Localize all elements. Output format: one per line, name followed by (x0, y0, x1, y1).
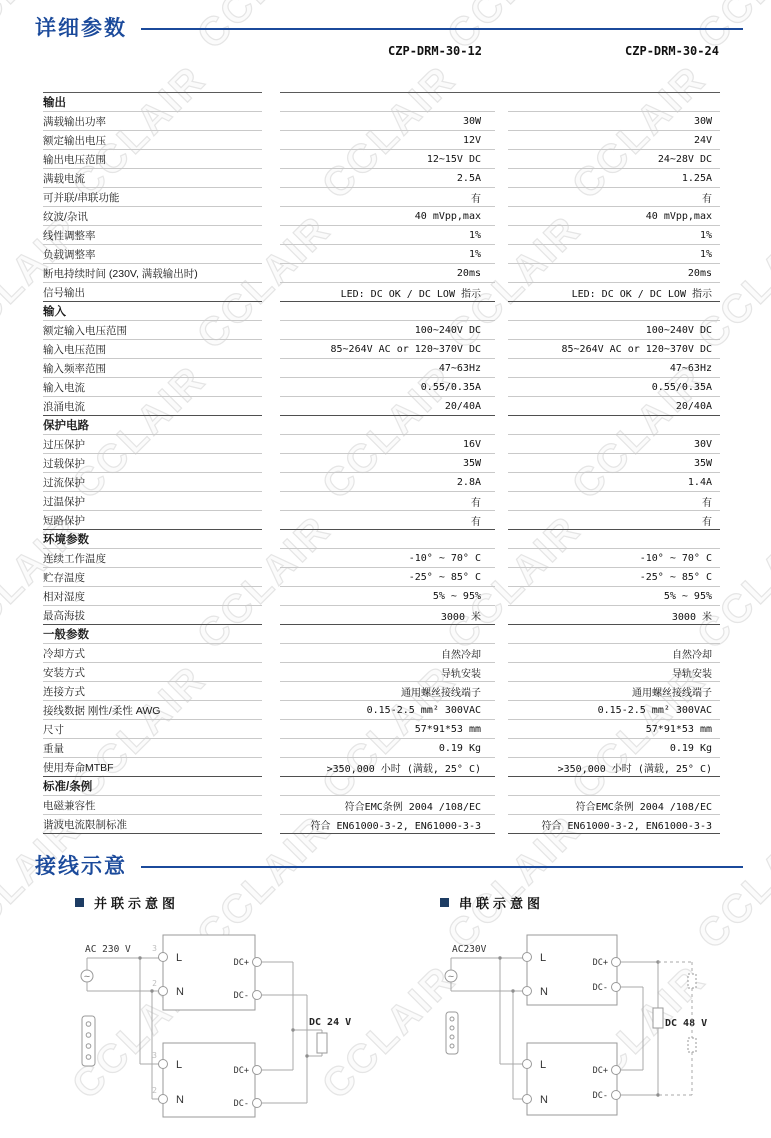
section-header-row: 输出 (43, 93, 720, 112)
spec-value-2: 100~240V DC (508, 321, 720, 340)
spec-value-2: 符合EMC条例 2004 /108/EC (508, 796, 720, 815)
spec-value-2: 20/40A (508, 397, 720, 416)
heading-rule (141, 28, 743, 30)
spec-row: 安装方式导轨安装导轨安装 (43, 663, 720, 682)
spec-value-2: 40 mVpp,max (508, 207, 720, 226)
spec-label: 输入 (43, 302, 262, 321)
section-heading-wiring: 接线示意 (35, 850, 743, 880)
dc-plus-label: DC+ (593, 1066, 608, 1076)
spec-value-1 (280, 530, 495, 549)
spec-value-1: 1% (280, 226, 495, 245)
spec-label: 短路保护 (43, 511, 262, 530)
spec-value-2: 1% (508, 226, 720, 245)
spec-label: 断电持续时间 (230V, 满载输出时) (43, 264, 262, 283)
spec-label: 过压保护 (43, 435, 262, 454)
spec-label: 安装方式 (43, 663, 262, 682)
spec-value-1: 3000 米 (280, 606, 495, 625)
spec-row: 短路保护有有 (43, 511, 720, 530)
spec-row: 连接方式通用螺丝接线端子通用螺丝接线端子 (43, 682, 720, 701)
terminal-number: 2 (152, 979, 157, 988)
terminal-circle (253, 1099, 262, 1108)
model-column-header-1: CZP-DRM-30-12 (370, 44, 500, 58)
spec-value-1: 12V (280, 131, 495, 150)
spec-value-1: 35W (280, 454, 495, 473)
spec-row: 纹波/杂讯40 mVpp,max40 mVpp,max (43, 207, 720, 226)
junction-dot (511, 989, 514, 992)
spec-value-1: 0.15-2.5 mm² 300VAC (280, 701, 495, 720)
spec-value-1: 47~63Hz (280, 359, 495, 378)
spec-row: 输入电流0.55/0.35A0.55/0.35A (43, 378, 720, 397)
spec-value-1: 30W (280, 112, 495, 131)
spec-value-2 (508, 625, 720, 644)
spec-value-1: 20/40A (280, 397, 495, 416)
spec-value-1: >350,000 小时 (满载, 25° C) (280, 758, 495, 777)
spec-row: 重量0.19 Kg0.19 Kg (43, 739, 720, 758)
section-header-row: 标准/条例 (43, 777, 720, 796)
spec-value-2: 符合 EN61000-3-2, EN61000-3-3 (508, 815, 720, 834)
spec-label: 信号输出 (43, 283, 262, 302)
spec-value-2 (508, 777, 720, 796)
spec-label: 电磁兼容性 (43, 796, 262, 815)
spec-value-1: 12~15V DC (280, 150, 495, 169)
terminal-block-pin (86, 1022, 91, 1027)
ac-symbol: ~ (448, 972, 454, 983)
spec-value-2: 1% (508, 245, 720, 264)
spec-label: 输入电流 (43, 378, 262, 397)
terminal-circle (253, 958, 262, 967)
spec-label: 尺寸 (43, 720, 262, 739)
spec-value-2: 0.55/0.35A (508, 378, 720, 397)
input-wires (451, 958, 527, 1099)
terminal-number: 2 (152, 1086, 157, 1095)
spec-value-1 (280, 416, 495, 435)
terminal-block-pin (450, 1044, 454, 1048)
spec-label: 满载电流 (43, 169, 262, 188)
terminal-circle (612, 1066, 621, 1075)
spec-label: 接线数据 刚性/柔性 AWG (43, 701, 262, 720)
spec-value-2: 24~28V DC (508, 150, 720, 169)
spec-row: 谐波电流限制标准符合 EN61000-3-2, EN61000-3-3符合 EN… (43, 815, 720, 834)
terminal-circle (612, 1091, 621, 1100)
junction-dot (305, 1054, 308, 1057)
spec-value-2 (508, 416, 720, 435)
dc-minus-label: DC- (593, 983, 608, 993)
spec-value-1: LED: DC OK / DC LOW 指示 (280, 283, 495, 302)
spec-value-2 (508, 530, 720, 549)
spec-value-2: 30V (508, 435, 720, 454)
spec-row: 满载电流2.5A1.25A (43, 169, 720, 188)
spec-value-1: 20ms (280, 264, 495, 283)
spec-label: 额定输入电压范围 (43, 321, 262, 340)
spec-label: 相对湿度 (43, 587, 262, 606)
spec-value-2: LED: DC OK / DC LOW 指示 (508, 283, 720, 302)
spec-row: 负载调整率1%1% (43, 245, 720, 264)
section-header-row: 输入 (43, 302, 720, 321)
spec-row: 输入电压范围85~264V AC or 120~370V DC85~264V A… (43, 340, 720, 359)
ac-symbol: ~ (84, 972, 90, 983)
spec-value-1: 0.55/0.35A (280, 378, 495, 397)
dc-plus-label: DC+ (234, 1066, 249, 1076)
spec-value-2: -25° ~ 85° C (508, 568, 720, 587)
spec-row: 信号输出LED: DC OK / DC LOW 指示LED: DC OK / D… (43, 283, 720, 302)
terminal-circle (253, 1066, 262, 1075)
output-wires (621, 962, 659, 1095)
spec-value-1: 16V (280, 435, 495, 454)
spec-row: 过流保护2.8A1.4A (43, 473, 720, 492)
dc-minus-label: DC- (593, 1091, 608, 1101)
spec-value-2: 47~63Hz (508, 359, 720, 378)
spec-row: 贮存温度-25° ~ 85° C-25° ~ 85° C (43, 568, 720, 587)
spec-label: 标准/条例 (43, 777, 262, 796)
wiring-title: 接线示意 (35, 850, 127, 880)
load-resistor-icon (653, 1008, 663, 1028)
spec-label: 环境参数 (43, 530, 262, 549)
parallel-diagram-title: 并联示意图 (75, 893, 179, 912)
spec-row: 过载保护35W35W (43, 454, 720, 473)
terminal-circle (523, 1095, 532, 1104)
spec-row: 最高海拔3000 米3000 米 (43, 606, 720, 625)
spec-label: 负载调整率 (43, 245, 262, 264)
l-terminal-label: L (540, 952, 546, 964)
spec-value-2: 0.19 Kg (508, 739, 720, 758)
spec-value-1: 通用螺丝接线端子 (280, 682, 495, 701)
terminal-circle (612, 983, 621, 992)
spec-label: 输入频率范围 (43, 359, 262, 378)
spec-row: 过压保护16V30V (43, 435, 720, 454)
section-header-row: 保护电路 (43, 416, 720, 435)
ac-source-label: AC230V (452, 944, 487, 955)
terminal-block-pin (86, 1055, 91, 1060)
spec-value-1: 5% ~ 95% (280, 587, 495, 606)
series-title-text: 串联示意图 (459, 893, 544, 912)
spec-value-1 (280, 93, 495, 112)
spec-row: 额定输出电压12V24V (43, 131, 720, 150)
spec-value-2 (508, 302, 720, 321)
spec-value-1: 自然冷却 (280, 644, 495, 663)
dc-minus-label: DC- (234, 991, 249, 1001)
spec-value-2: 有 (508, 492, 720, 511)
spec-value-1: 2.5A (280, 169, 495, 188)
n-terminal-label: N (176, 986, 184, 998)
spec-row: 满载输出功率30W30W (43, 112, 720, 131)
dashed-resistor-icon (688, 974, 696, 988)
spec-value-1: 符合 EN61000-3-2, EN61000-3-3 (280, 815, 495, 834)
spec-row: 使用寿命MTBF>350,000 小时 (满载, 25° C)>350,000 … (43, 758, 720, 777)
spec-value-2: 导轨安装 (508, 663, 720, 682)
spec-label: 浪涌电流 (43, 397, 262, 416)
spec-label: 保护电路 (43, 416, 262, 435)
spec-row: 电磁兼容性符合EMC条例 2004 /108/EC符合EMC条例 2004 /1… (43, 796, 720, 815)
spec-value-1: 100~240V DC (280, 321, 495, 340)
spec-row: 额定输入电压范围100~240V DC100~240V DC (43, 321, 720, 340)
spec-value-1: 57*91*53 mm (280, 720, 495, 739)
terminal-block-pin (86, 1033, 91, 1038)
spec-label: 可并联/串联功能 (43, 188, 262, 207)
n-terminal-label: N (540, 986, 548, 998)
parallel-title-text: 并联示意图 (94, 893, 179, 912)
spec-label: 线性调整率 (43, 226, 262, 245)
l-terminal-label: L (176, 1059, 182, 1071)
spec-row: 连续工作温度-10° ~ 70° C-10° ~ 70° C (43, 549, 720, 568)
spec-label: 冷却方式 (43, 644, 262, 663)
series-diagram-title: 串联示意图 (440, 893, 544, 912)
spec-row: 可并联/串联功能有有 (43, 188, 720, 207)
junction-dot (291, 1028, 294, 1031)
spec-label: 谐波电流限制标准 (43, 815, 262, 834)
section-header-row: 环境参数 (43, 530, 720, 549)
section-header-row: 一般参数 (43, 625, 720, 644)
dc-output-label: DC 24 V (309, 1017, 351, 1028)
terminal-circle (253, 991, 262, 1000)
terminal-circle (523, 987, 532, 996)
spec-value-2: 24V (508, 131, 720, 150)
terminal-circle (523, 1060, 532, 1069)
datasheet-page: CCLAIRCCLAIRCCLAIRCCLAIRCCLAIRCCLAIRCCLA… (0, 0, 771, 1138)
terminal-block-pin (86, 1044, 91, 1049)
output-wires (262, 962, 323, 1103)
spec-label: 过温保护 (43, 492, 262, 511)
dc-plus-label: DC+ (234, 958, 249, 968)
terminal-circle (612, 958, 621, 967)
spec-value-1: 有 (280, 188, 495, 207)
terminal-block-pin (450, 1026, 454, 1030)
terminal-number: 3 (152, 1051, 157, 1060)
spec-value-1: 有 (280, 511, 495, 530)
spec-label: 纹波/杂讯 (43, 207, 262, 226)
spec-value-1: 有 (280, 492, 495, 511)
spec-label: 最高海拔 (43, 606, 262, 625)
spec-value-2: 1.25A (508, 169, 720, 188)
terminal-block-pin (450, 1035, 454, 1039)
l-terminal-label: L (176, 952, 182, 964)
spec-value-2: 0.15-2.5 mm² 300VAC (508, 701, 720, 720)
spec-value-1 (280, 777, 495, 796)
spec-row: 冷却方式自然冷却自然冷却 (43, 644, 720, 663)
spec-value-1: 40 mVpp,max (280, 207, 495, 226)
spec-table: 输出满载输出功率30W30W额定输出电压12V24V输出电压范围12~15V D… (43, 93, 720, 834)
spec-value-2: 5% ~ 95% (508, 587, 720, 606)
spec-value-1: -10° ~ 70° C (280, 549, 495, 568)
spec-value-2 (508, 93, 720, 112)
spec-label: 使用寿命MTBF (43, 758, 262, 777)
n-terminal-label: N (176, 1094, 184, 1106)
spec-label: 过流保护 (43, 473, 262, 492)
spec-value-1 (280, 302, 495, 321)
junction-dot (498, 956, 501, 959)
page-title: 详细参数 (35, 12, 127, 42)
spec-label: 连续工作温度 (43, 549, 262, 568)
section-heading-detailed-params: 详细参数 (35, 12, 743, 42)
terminal-circle (159, 1095, 168, 1104)
spec-label: 连接方式 (43, 682, 262, 701)
junction-dot (138, 956, 141, 959)
spec-value-2: 20ms (508, 264, 720, 283)
spec-value-2: 有 (508, 188, 720, 207)
spec-value-2: -10° ~ 70° C (508, 549, 720, 568)
spec-value-1: 符合EMC条例 2004 /108/EC (280, 796, 495, 815)
spec-value-1: 2.8A (280, 473, 495, 492)
spec-label: 重量 (43, 739, 262, 758)
terminal-circle (523, 953, 532, 962)
terminal-block-pin (450, 1017, 454, 1021)
spec-value-2: 通用螺丝接线端子 (508, 682, 720, 701)
spec-value-2: 57*91*53 mm (508, 720, 720, 739)
bullet-square-icon (440, 898, 449, 907)
terminal-circle (159, 987, 168, 996)
spec-value-2: 1.4A (508, 473, 720, 492)
spec-value-2: >350,000 小时 (满载, 25° C) (508, 758, 720, 777)
spec-value-1: -25° ~ 85° C (280, 568, 495, 587)
series-wiring-diagram: AC230V ~ L N L N DC+ DC- DC+ DC- DC 48 V (415, 928, 720, 1136)
spec-label: 贮存温度 (43, 568, 262, 587)
spec-label: 满载输出功率 (43, 112, 262, 131)
parallel-wiring-diagram: AC 230 V ~ 3 2 3 2 L N L N DC+ DC- DC+ D… (50, 928, 360, 1136)
dc-plus-label: DC+ (593, 958, 608, 968)
spec-row: 浪涌电流20/40A20/40A (43, 397, 720, 416)
spec-row: 断电持续时间 (230V, 满载输出时)20ms20ms (43, 264, 720, 283)
spec-value-1: 导轨安装 (280, 663, 495, 682)
terminal-circle (159, 1060, 168, 1069)
l-terminal-label: L (540, 1059, 546, 1071)
load-resistor-icon (317, 1033, 327, 1053)
ac-source-label: AC 230 V (85, 944, 131, 955)
spec-label: 输出 (43, 93, 262, 112)
bullet-square-icon (75, 898, 84, 907)
model-column-header-2: CZP-DRM-30-24 (607, 44, 737, 58)
spec-value-1: 0.19 Kg (280, 739, 495, 758)
n-terminal-label: N (540, 1094, 548, 1106)
terminal-number: 3 (152, 944, 157, 953)
spec-value-2: 3000 米 (508, 606, 720, 625)
spec-label: 输入电压范围 (43, 340, 262, 359)
spec-row: 输入频率范围47~63Hz47~63Hz (43, 359, 720, 378)
spec-value-2: 30W (508, 112, 720, 131)
spec-label: 过载保护 (43, 454, 262, 473)
dc-output-label: DC 48 V (665, 1018, 707, 1029)
spec-row: 线性调整率1%1% (43, 226, 720, 245)
spec-value-2: 35W (508, 454, 720, 473)
dc-minus-label: DC- (234, 1099, 249, 1109)
spec-row: 输出电压范围12~15V DC24~28V DC (43, 150, 720, 169)
terminal-circle (159, 953, 168, 962)
spec-value-2: 85~264V AC or 120~370V DC (508, 340, 720, 359)
spec-value-1: 1% (280, 245, 495, 264)
spec-row: 相对湿度5% ~ 95%5% ~ 95% (43, 587, 720, 606)
spec-label: 一般参数 (43, 625, 262, 644)
junction-dot (150, 989, 153, 992)
spec-row: 接线数据 刚性/柔性 AWG0.15-2.5 mm² 300VAC0.15-2.… (43, 701, 720, 720)
spec-label: 输出电压范围 (43, 150, 262, 169)
heading-rule (141, 866, 743, 868)
spec-row: 尺寸57*91*53 mm57*91*53 mm (43, 720, 720, 739)
spec-value-2: 自然冷却 (508, 644, 720, 663)
dashed-resistor-icon (688, 1038, 696, 1052)
spec-value-2: 有 (508, 511, 720, 530)
spec-value-1: 85~264V AC or 120~370V DC (280, 340, 495, 359)
spec-label: 额定输出电压 (43, 131, 262, 150)
spec-value-1 (280, 625, 495, 644)
spec-row: 过温保护有有 (43, 492, 720, 511)
